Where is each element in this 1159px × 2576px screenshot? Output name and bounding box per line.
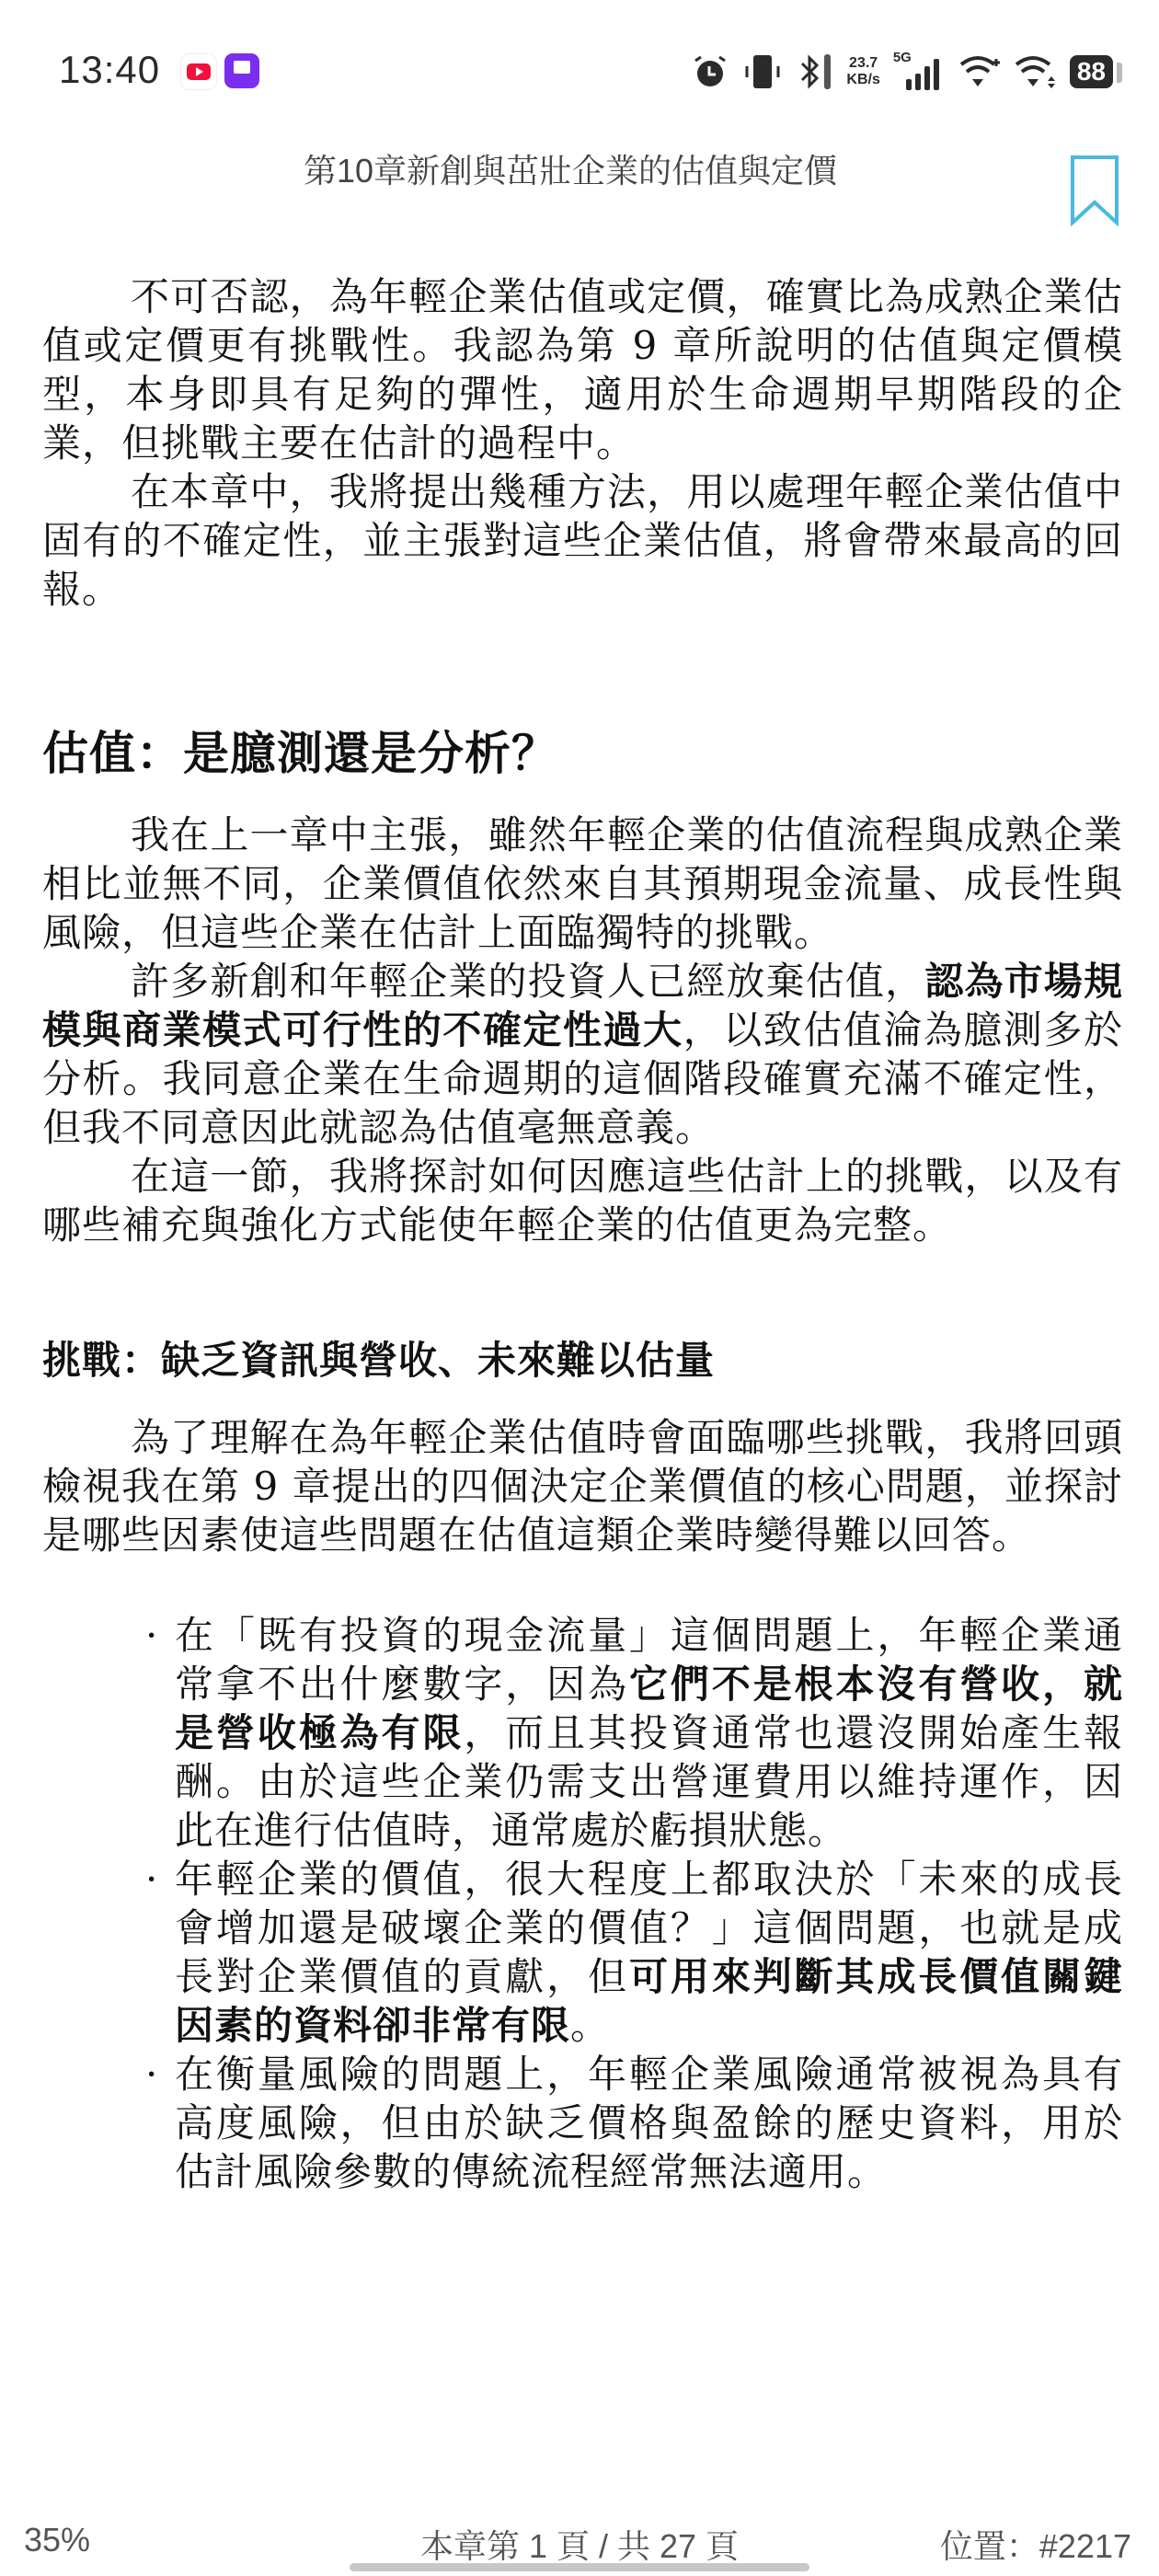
paragraph: 在本章中，我將提出幾種方法，用以處理年輕企業估值中固有的不確定性，並主張對這些企…	[42, 467, 1123, 614]
bookmark-icon[interactable]	[1070, 155, 1119, 226]
chapter-header: 第10章新創與茁壯企業的估值與定價	[0, 145, 1159, 192]
wifi-plus-icon	[959, 53, 1002, 90]
bullet-list: · 在「既有投資的現金流量」這個問題上，年輕企業通常拿不出什麼數字，因為它們不是…	[42, 1611, 1123, 2196]
book-content: 不可否認，為年輕企業估值或定價，確實比為成熟企業估值或定價更有挑戰性。我認為第 …	[42, 272, 1123, 2196]
signal-icon	[893, 52, 947, 92]
list-item: · 在衡量風險的問題上，年輕企業風險通常被視為具有高度風險，但由於缺乏價格與盈餘…	[42, 2050, 1123, 2196]
status-icons: 23.7 KB/s 5G 88	[692, 50, 1113, 94]
subsection-heading: 挑戰：缺乏資訊與營收、未來難以估量	[42, 1330, 1123, 1386]
paragraph: 在這一節，我將探討如何因應這些估計上的挑戰，以及有哪些補充與強化方式能使年輕企業…	[42, 1152, 1123, 1249]
list-item: · 在「既有投資的現金流量」這個問題上，年輕企業通常拿不出什麼數字，因為它們不是…	[42, 1611, 1123, 1855]
chapter-title: 新創與茁壯企業的估值與定價	[407, 152, 837, 190]
network-speed: 23.7 KB/s	[846, 55, 879, 88]
home-gesture-bar[interactable]	[350, 2563, 809, 2571]
battery-indicator: 88	[1070, 55, 1113, 88]
paragraph: 不可否認，為年輕企業估值或定價，確實比為成熟企業估值或定價更有挑戰性。我認為第 …	[42, 272, 1123, 467]
youtube-icon	[180, 53, 217, 90]
bullet-marker: ·	[145, 2050, 158, 2099]
vibrate-icon	[741, 53, 784, 90]
bullet-marker: ·	[145, 1611, 158, 1660]
bullet-marker: ·	[145, 1855, 158, 1903]
clock: 13:40	[59, 48, 160, 92]
status-bar: 13:40 23.7 KB/s 5G	[0, 0, 1159, 138]
location-indicator: 位置：#2217	[940, 2521, 1131, 2568]
list-item: · 年輕企業的價值，很大程度上都取決於「未來的成長會增加還是破壞企業的價值？」這…	[42, 1855, 1123, 2050]
bluetooth-icon	[797, 52, 833, 91]
chapter-label: 第10章	[304, 152, 407, 190]
section-heading: 估值：是臆測還是分析？	[42, 717, 1123, 783]
yahoo-news-icon	[224, 53, 259, 88]
alarm-icon	[692, 53, 729, 90]
paragraph: 許多新創和年輕企業的投資人已經放棄估值，認為市場規模與商業模式可行性的不確定性過…	[42, 957, 1123, 1152]
cellular-signal: 5G	[893, 52, 947, 92]
wifi-icon	[1015, 53, 1057, 90]
paragraph: 我在上一章中主張，雖然年輕企業的估值流程與成熟企業相比並無不同，企業價值依然來自…	[42, 811, 1123, 957]
paragraph: 為了理解在為年輕企業估值時會面臨哪些挑戰，我將回頭檢視我在第 9 章提出的四個決…	[42, 1413, 1123, 1559]
